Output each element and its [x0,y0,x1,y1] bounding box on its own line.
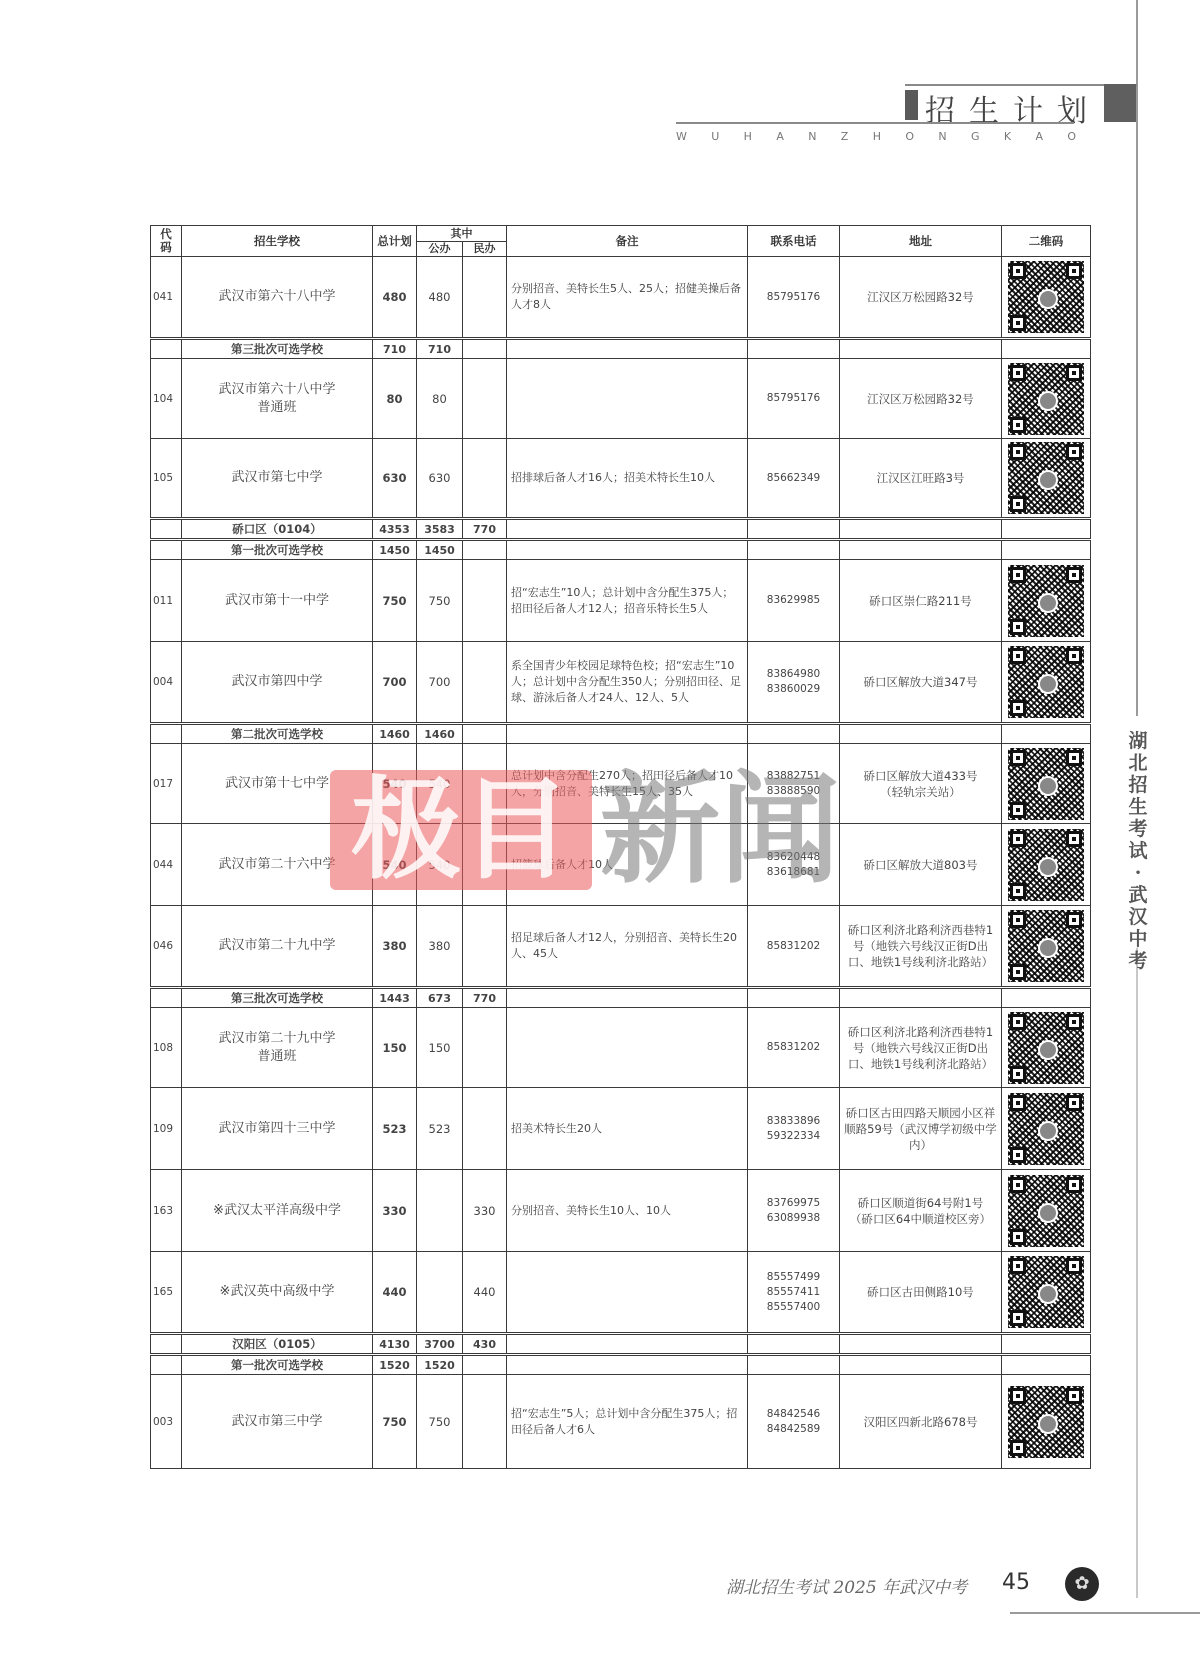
total-cell: 1443 [373,988,417,1008]
col-header-phone: 联系电话 [748,226,840,257]
note-cell: 招美术特长生20人 [507,1088,748,1170]
header-accent-bar [905,90,918,120]
qr-finder-pattern [1010,365,1026,381]
qr-finder-pattern [1066,365,1082,381]
empty-cell [1002,1355,1091,1375]
qr-finder-pattern [1010,417,1026,433]
school-name-cell: 武汉市第七中学 [182,439,373,519]
school-name-cell: 武汉市第二十九中学 普通班 [182,1008,373,1088]
phone-cell: 83864980 83860029 [748,642,840,724]
qr-finder-pattern [1010,315,1026,331]
group-name-cell: 第一批次可选学校 [182,1355,373,1375]
qr-finder-pattern [1066,1014,1082,1030]
code-cell [151,339,182,359]
qr-cell [1002,1375,1091,1469]
qr-finder-pattern [1010,1310,1026,1326]
empty-cell [748,1355,840,1375]
private-cell: 770 [463,988,507,1008]
page-number: 45 [1002,1570,1030,1595]
total-cell: 540 [373,744,417,824]
qr-finder-pattern [1066,1095,1082,1111]
qr-center-logo-icon [1038,857,1058,877]
col-header-total: 总计划 [373,226,417,257]
private-cell [463,1008,507,1088]
code-cell [151,988,182,1008]
qr-cell [1002,257,1091,339]
school-row: 163※武汉太平洋高级中学330330分别招音、美特长生10人、10人83769… [151,1170,1091,1252]
note-cell: 分别招音、美特长生10人、10人 [507,1170,748,1252]
qr-cell [1002,642,1091,724]
public-cell: 480 [417,257,463,339]
header-accent-block [1104,84,1136,122]
total-cell: 1450 [373,540,417,560]
subtotal-row: 硚口区（0104）43533583770 [151,519,1091,540]
phone-cell: 83833896 59322334 [748,1088,840,1170]
school-row: 104武汉市第六十八中学 普通班808085795176江汉区万松园路32号 [151,359,1091,439]
qr-finder-pattern [1010,496,1026,512]
total-cell: 380 [373,906,417,988]
private-cell [463,642,507,724]
code-cell: 108 [151,1008,182,1088]
public-cell [417,1252,463,1334]
qr-finder-pattern [1010,1066,1026,1082]
private-cell [463,257,507,339]
qr-finder-pattern [1066,831,1082,847]
private-cell: 430 [463,1334,507,1355]
total-cell: 700 [373,642,417,724]
total-cell: 750 [373,1375,417,1469]
phone-cell: 85662349 [748,439,840,519]
public-cell: 1450 [417,540,463,560]
empty-cell [840,988,1002,1008]
public-cell: 750 [417,1375,463,1469]
code-cell: 109 [151,1088,182,1170]
empty-cell [507,724,748,744]
qr-cell [1002,744,1091,824]
public-cell: 673 [417,988,463,1008]
phone-cell: 84842546 84842589 [748,1375,840,1469]
school-name-cell: 武汉市第六十八中学 普通班 [182,359,373,439]
qr-code-icon[interactable] [1008,1012,1084,1084]
phone-cell: 83629985 [748,560,840,642]
qr-finder-pattern [1010,1095,1026,1111]
qr-finder-pattern [1010,444,1026,460]
public-cell: 380 [417,906,463,988]
phone-cell: 85795176 [748,359,840,439]
public-cell: 80 [417,359,463,439]
public-cell: 750 [417,560,463,642]
note-cell: 招“宏志生”5人；总计划中含分配生375人；招田径后备人才6人 [507,1375,748,1469]
address-cell: 硚口区解放大道433号 （轻轨宗关站） [840,744,1002,824]
total-cell: 4353 [373,519,417,540]
empty-cell [840,540,1002,560]
qr-center-logo-icon [1038,391,1058,411]
public-cell [417,1170,463,1252]
qr-finder-pattern [1010,700,1026,716]
address-cell: 硚口区利济北路利济西巷特1号（地铁六号线汉正街D出口、地铁1号线利济北路站） [840,1008,1002,1088]
total-cell: 80 [373,359,417,439]
note-cell: 分别招音、美特长生5人、25人；招健美操后备人才8人 [507,257,748,339]
empty-cell [840,1334,1002,1355]
total-cell: 480 [373,257,417,339]
school-row: 165※武汉英中高级中学44044085557499 85557411 8555… [151,1252,1091,1334]
private-cell: 330 [463,1170,507,1252]
address-cell: 硚口区古田四路天顺园小区祥顺路59号（武汉博学初级中学内） [840,1088,1002,1170]
qr-finder-pattern [1010,964,1026,980]
subtotal-row: 第一批次可选学校14501450 [151,540,1091,560]
code-cell: 004 [151,642,182,724]
qr-cell [1002,1252,1091,1334]
qr-finder-pattern [1010,831,1026,847]
address-cell: 硚口区古田侧路10号 [840,1252,1002,1334]
empty-cell [507,1355,748,1375]
qr-finder-pattern [1066,1258,1082,1274]
col-header-note: 备注 [507,226,748,257]
empty-cell [507,339,748,359]
empty-cell [1002,519,1091,540]
group-name-cell: 硚口区（0104） [182,519,373,540]
qr-code-icon[interactable] [1008,565,1084,637]
qr-code-icon[interactable] [1008,1256,1084,1328]
school-row: 017武汉市第十七中学540540总计划中含分配生270人；招田径后备人才10人… [151,744,1091,824]
phone-cell: 85557499 85557411 85557400 [748,1252,840,1334]
note-cell: 招篮球后备人才10人 [507,824,748,906]
empty-cell [840,339,1002,359]
code-cell [151,1334,182,1355]
qr-center-logo-icon [1038,289,1058,309]
note-cell [507,1008,748,1088]
phone-cell: 85831202 [748,906,840,988]
qr-center-logo-icon [1038,470,1058,490]
school-name-cell: 武汉市第三中学 [182,1375,373,1469]
code-cell: 017 [151,744,182,824]
code-cell: 044 [151,824,182,906]
school-row: 109武汉市第四十三中学523523招美术特长生20人83833896 5932… [151,1088,1091,1170]
qr-code-icon[interactable] [1008,363,1084,435]
col-header-school: 招生学校 [182,226,373,257]
qr-finder-pattern [1010,567,1026,583]
private-cell [463,339,507,359]
note-cell: 系全国青少年校园足球特色校；招“宏志生”10人；总计划中含分配生350人；分别招… [507,642,748,724]
qr-code-icon[interactable] [1008,261,1084,333]
qr-finder-pattern [1010,1229,1026,1245]
subtitle-letter: N [808,130,816,143]
school-row: 011武汉市第十一中学750750招“宏志生”10人；总计划中含分配生375人；… [151,560,1091,642]
school-name-cell: 武汉市第六十八中学 [182,257,373,339]
qr-code-icon[interactable] [1008,748,1084,820]
public-cell: 150 [417,1008,463,1088]
qr-center-logo-icon [1038,776,1058,796]
private-cell [463,724,507,744]
address-cell: 硚口区利济北路利济西巷特1号（地铁六号线汉正街D出口、地铁1号线利济北路站） [840,906,1002,988]
empty-cell [748,519,840,540]
note-cell: 招“宏志生”10人；总计划中含分配生375人；招田径后备人才12人；招音乐特长生… [507,560,748,642]
group-name-cell: 第三批次可选学校 [182,339,373,359]
side-text-char: 中 [1127,928,1149,950]
qr-finder-pattern [1066,1177,1082,1193]
qr-cell [1002,1170,1091,1252]
side-text-char: · [1127,862,1149,884]
public-cell: 1460 [417,724,463,744]
empty-cell [748,988,840,1008]
col-header-public: 公办 [417,242,463,257]
code-cell: 163 [151,1170,182,1252]
empty-cell [840,724,1002,744]
qr-center-logo-icon [1038,1414,1058,1434]
private-cell [463,560,507,642]
empty-cell [748,540,840,560]
qr-code-icon[interactable] [1008,829,1084,901]
qr-finder-pattern [1066,567,1082,583]
qr-center-logo-icon [1038,1203,1058,1223]
qr-cell [1002,824,1091,906]
total-cell: 330 [373,1170,417,1252]
subtitle-letter: N [938,130,946,143]
code-cell [151,540,182,560]
private-cell: 440 [463,1252,507,1334]
subtitle-letter: U [711,130,719,143]
private-cell [463,906,507,988]
empty-cell [748,339,840,359]
public-cell: 3700 [417,1334,463,1355]
side-text-char: 湖 [1127,730,1149,752]
enrollment-plan-table: 代码 招生学校 总计划 其中 备注 联系电话 地址 二维码 公办 民办 041武… [150,225,1091,1469]
school-row: 003武汉市第三中学750750招“宏志生”5人；总计划中含分配生375人；招田… [151,1375,1091,1469]
total-cell: 1460 [373,724,417,744]
qr-finder-pattern [1066,263,1082,279]
note-cell [507,1252,748,1334]
footer-rule [1010,1612,1200,1614]
subtitle-letter: W [676,130,687,143]
subtotal-row: 汉阳区（0105）41303700430 [151,1334,1091,1355]
side-text-char: 考 [1127,818,1149,840]
total-cell: 150 [373,1008,417,1088]
qr-code-icon[interactable] [1008,1386,1084,1458]
school-row: 108武汉市第二十九中学 普通班15015085831202硚口区利济北路利济西… [151,1008,1091,1088]
code-cell: 003 [151,1375,182,1469]
qr-finder-pattern [1010,648,1026,664]
side-text-char: 招 [1127,774,1149,796]
total-cell: 630 [373,439,417,519]
empty-cell [840,519,1002,540]
public-cell: 3583 [417,519,463,540]
address-cell: 江汉区万松园路32号 [840,257,1002,339]
qr-finder-pattern [1010,883,1026,899]
side-text-char: 试 [1127,840,1149,862]
empty-cell [840,1355,1002,1375]
school-row: 105武汉市第七中学630630招排球后备人才16人；招美术特长生10人8566… [151,439,1091,519]
school-name-cell: ※武汉太平洋高级中学 [182,1170,373,1252]
private-cell [463,359,507,439]
address-cell: 江汉区江旺路3号 [840,439,1002,519]
qr-finder-pattern [1010,1388,1026,1404]
total-cell: 440 [373,1252,417,1334]
private-cell [463,1375,507,1469]
section-subtitle: WUHANZHONGKAO [676,130,1076,143]
private-cell: 770 [463,519,507,540]
school-row: 004武汉市第四中学700700系全国青少年校园足球特色校；招“宏志生”10人；… [151,642,1091,724]
total-cell: 523 [373,1088,417,1170]
school-row: 046武汉市第二十九中学380380招足球后备人才12人，分别招音、美特长生20… [151,906,1091,988]
empty-cell [1002,1334,1091,1355]
private-cell [463,1088,507,1170]
group-name-cell: 汉阳区（0105） [182,1334,373,1355]
public-cell: 630 [417,439,463,519]
public-cell: 700 [417,642,463,724]
school-name-cell: 武汉市第十一中学 [182,560,373,642]
school-name-cell: 武汉市第二十九中学 [182,906,373,988]
address-cell: 江汉区万松园路32号 [840,359,1002,439]
col-header-private: 民办 [463,242,507,257]
group-name-cell: 第三批次可选学校 [182,988,373,1008]
qr-code-icon[interactable] [1008,646,1084,718]
note-cell: 招足球后备人才12人，分别招音、美特长生20人、45人 [507,906,748,988]
qr-finder-pattern [1010,802,1026,818]
empty-cell [507,988,748,1008]
total-cell: 4130 [373,1334,417,1355]
qr-center-logo-icon [1038,674,1058,694]
subtotal-row: 第三批次可选学校710710 [151,339,1091,359]
note-cell: 招排球后备人才16人；招美术特长生10人 [507,439,748,519]
empty-cell [507,540,748,560]
qr-code-icon[interactable] [1008,910,1084,982]
total-cell: 750 [373,560,417,642]
private-cell [463,540,507,560]
total-cell: 540 [373,824,417,906]
subtitle-letter: O [905,130,914,143]
group-name-cell: 第二批次可选学校 [182,724,373,744]
address-cell: 汉阳区四新北路678号 [840,1375,1002,1469]
qr-finder-pattern [1066,444,1082,460]
empty-cell [748,724,840,744]
subtitle-letter: H [873,130,881,143]
note-cell: 总计划中含分配生270人；招田径后备人才10人，分别招音、美特长生15人、35人 [507,744,748,824]
code-cell [151,519,182,540]
qr-finder-pattern [1066,1388,1082,1404]
publication-logo-icon: ✿ [1065,1567,1099,1601]
total-cell: 710 [373,339,417,359]
side-running-title: 湖北招生考试·武汉中考 [1127,730,1149,972]
phone-cell: 83769975 63089938 [748,1170,840,1252]
subtitle-letter: G [971,130,980,143]
code-cell [151,724,182,744]
col-header-code: 代码 [151,226,182,257]
page-edge-rule-lower [1136,948,1138,1598]
code-cell: 046 [151,906,182,988]
code-cell: 011 [151,560,182,642]
qr-finder-pattern [1010,263,1026,279]
subtotal-row: 第三批次可选学校1443673770 [151,988,1091,1008]
phone-cell: 85795176 [748,257,840,339]
phone-cell: 83620448 83618681 [748,824,840,906]
empty-cell [1002,724,1091,744]
qr-finder-pattern [1010,750,1026,766]
qr-finder-pattern [1010,1258,1026,1274]
qr-finder-pattern [1010,619,1026,635]
subtotal-row: 第二批次可选学校14601460 [151,724,1091,744]
address-cell: 硚口区顺道街64号附1号 （硚口区64中顺道校区旁） [840,1170,1002,1252]
side-text-char: 武 [1127,884,1149,906]
qr-code-icon[interactable] [1008,1175,1084,1247]
group-name-cell: 第一批次可选学校 [182,540,373,560]
public-cell: 540 [417,744,463,824]
public-cell: 710 [417,339,463,359]
side-text-char: 汉 [1127,906,1149,928]
page-edge-rule [1136,0,1138,716]
school-name-cell: 武汉市第十七中学 [182,744,373,824]
qr-cell [1002,439,1091,519]
qr-finder-pattern [1010,912,1026,928]
subtitle-letter: Z [841,130,849,143]
school-row: 044武汉市第二十六中学540540招篮球后备人才10人83620448 836… [151,824,1091,906]
empty-cell [507,519,748,540]
empty-cell [1002,339,1091,359]
subtitle-letter: H [744,130,752,143]
empty-cell [1002,988,1091,1008]
col-header-address: 地址 [840,226,1002,257]
public-cell: 1520 [417,1355,463,1375]
code-cell [151,1355,182,1375]
footer-publication-title: 湖北招生考试 2025 年武汉中考 [726,1573,967,1598]
address-cell: 硚口区解放大道347号 [840,642,1002,724]
subtitle-letter: A [1035,130,1043,143]
qr-cell [1002,1088,1091,1170]
subtotal-row: 第一批次可选学校15201520 [151,1355,1091,1375]
col-header-qr: 二维码 [1002,226,1091,257]
qr-cell [1002,906,1091,988]
side-text-char: 考 [1127,950,1149,972]
private-cell [463,439,507,519]
empty-cell [1002,540,1091,560]
address-cell: 硚口区解放大道803号 [840,824,1002,906]
phone-cell: 85831202 [748,1008,840,1088]
qr-finder-pattern [1010,1147,1026,1163]
subtitle-letter: K [1004,130,1011,143]
qr-finder-pattern [1066,912,1082,928]
qr-cell [1002,1008,1091,1088]
side-text-char: 北 [1127,752,1149,774]
private-cell [463,744,507,824]
school-name-cell: ※武汉英中高级中学 [182,1252,373,1334]
private-cell [463,1355,507,1375]
qr-code-icon[interactable] [1008,1093,1084,1165]
school-row: 041武汉市第六十八中学480480分别招音、美特长生5人、25人；招健美操后备… [151,257,1091,339]
total-cell: 1520 [373,1355,417,1375]
empty-cell [507,1334,748,1355]
empty-cell [748,1334,840,1355]
qr-finder-pattern [1010,1440,1026,1456]
qr-finder-pattern [1066,648,1082,664]
qr-center-logo-icon [1038,593,1058,613]
code-cell: 104 [151,359,182,439]
code-cell: 165 [151,1252,182,1334]
subtitle-letter: O [1067,130,1076,143]
col-header-among: 其中 [417,226,507,242]
side-text-char: 生 [1127,796,1149,818]
subtitle-letter: A [776,130,784,143]
private-cell [463,824,507,906]
public-cell: 540 [417,824,463,906]
school-name-cell: 武汉市第二十六中学 [182,824,373,906]
qr-center-logo-icon [1038,1284,1058,1304]
public-cell: 523 [417,1088,463,1170]
qr-center-logo-icon [1038,1121,1058,1141]
qr-center-logo-icon [1038,1040,1058,1060]
qr-code-icon[interactable] [1008,442,1084,514]
address-cell: 硚口区崇仁路211号 [840,560,1002,642]
qr-cell [1002,359,1091,439]
code-cell: 041 [151,257,182,339]
